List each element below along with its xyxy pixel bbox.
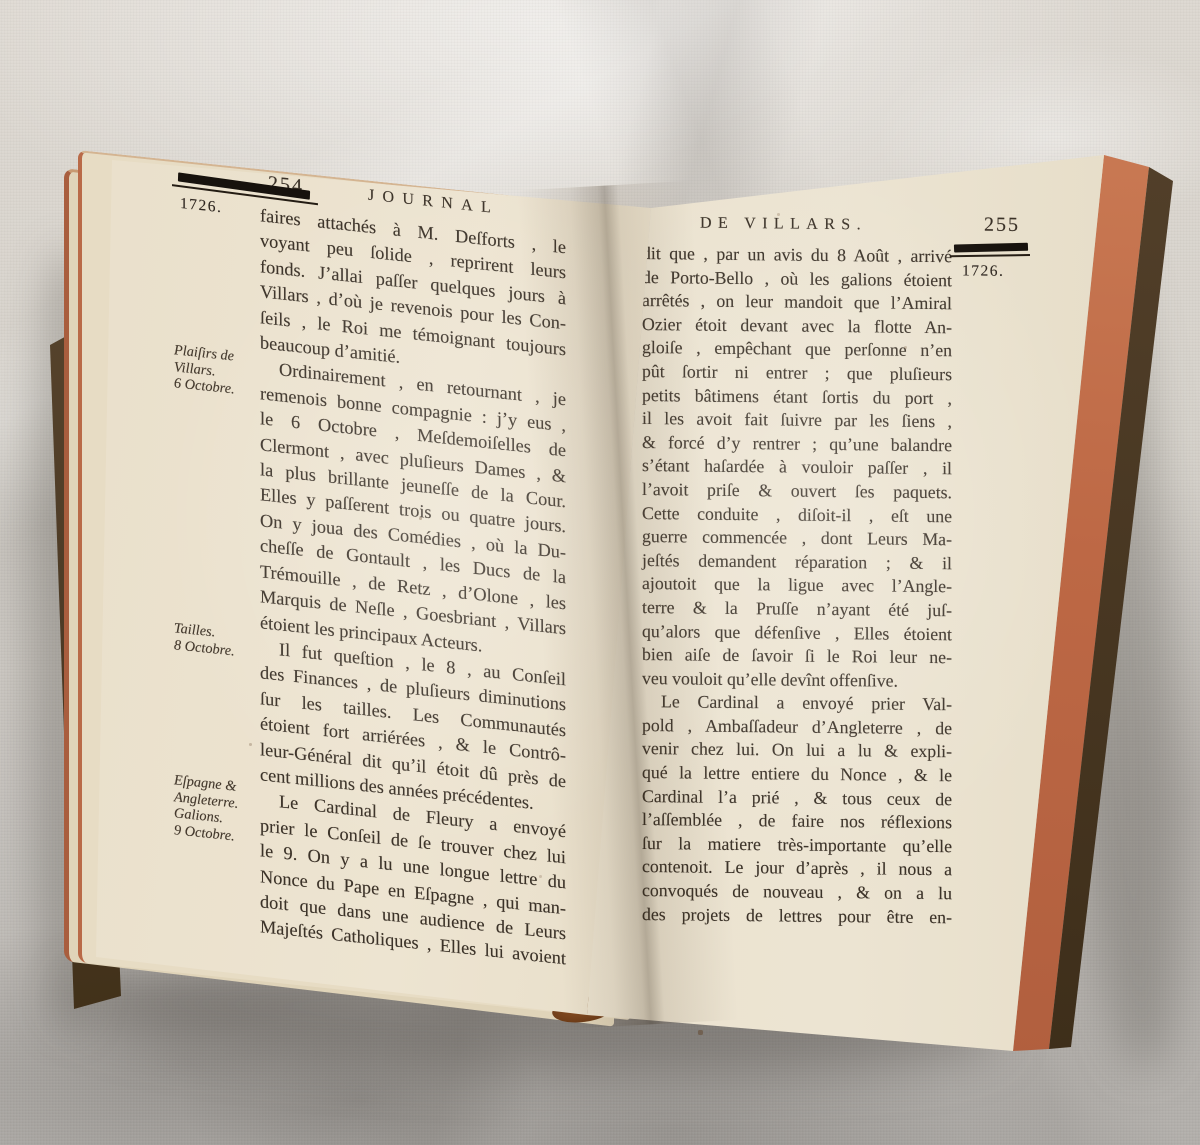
text-line: leur-Général dit qu’il étoit dû près de: [260, 737, 566, 795]
text-line: doit que dans une audience de Leurs: [260, 889, 566, 947]
right-margin-column: 1726.: [952, 245, 1020, 930]
text-line: Ordinairement , en retournant , je: [260, 356, 566, 414]
text-line: la plus brillante jeuneſſe de la Cour.: [260, 457, 566, 515]
margin-note: Tailles.8 Octobre.: [174, 620, 260, 662]
text-line: Elles y paſſerent trois ou quatre jours.: [260, 483, 566, 541]
text-line: Le Cardinal de Fleury a envoyé: [260, 788, 566, 846]
margin-year: 1726.: [962, 262, 1020, 281]
text-line: On y joua des Comédies , où la Du-: [260, 508, 566, 566]
text-line: Majeſtés Catholiques , Elles lui avoient: [260, 915, 566, 973]
left-page-content: 254 JOURNAL 1726. Plaiſirs deVillars.6 O…: [172, 162, 572, 973]
text-line: Il fut queſtion , le 8 , au Conſeil: [260, 635, 566, 693]
left-margin-column: Plaiſirs deVillars.6 Octobre.Tailles.8 O…: [172, 194, 260, 940]
text-line: Clermont , avec pluſieurs Dames , &: [260, 432, 566, 490]
ink-bar-mark: [178, 172, 310, 199]
text-line: Nonce du Pape en Eſpagne , qui man-: [260, 864, 566, 922]
ink-rule-mark: [950, 254, 1030, 257]
text-line: étoient les principaux Acteurs.: [260, 610, 566, 668]
ink-rule-mark: [172, 184, 318, 205]
text-line: cent millions des années précédentes.: [260, 762, 566, 820]
text-line: beaucoup d’amitié.: [260, 330, 566, 388]
text-line: prier le Conſeil de ſe trouver chez lui: [260, 813, 566, 871]
margin-year: 1726.: [180, 195, 328, 229]
text-line: des Finances , de pluſieurs diminutions: [260, 661, 566, 719]
left-text-block: faires attachés à M. Deſforts , levoyant…: [260, 203, 566, 972]
text-line: cheſſe de Gontault , les Ducs de la: [260, 534, 566, 592]
margin-year-block: 1726.: [954, 243, 1020, 281]
text-line: ſur les tailles. Les Communautés: [260, 686, 566, 744]
text-line: le 6 Octobre , Meſdemoiſelles de: [260, 406, 566, 464]
text-line: Villars , d’où je revenois pour les Con-: [260, 279, 566, 337]
foxing-specks: [0, 0, 1, 1]
margin-note: Plaiſirs deVillars.6 Octobre.: [174, 342, 260, 401]
text-line: ſeils , le Roi me témoignant toujours: [260, 305, 566, 363]
margin-year-block: 1726.: [178, 175, 328, 229]
text-line: remenois bonne compagnie : j’y eus ,: [260, 381, 566, 439]
text-line: le 9. On y a lu une longue lettre du: [260, 838, 566, 896]
right-running-header: DE VILLARS. 255: [642, 210, 1024, 242]
book-photo-scene: 254 JOURNAL 1726. Plaiſirs deVillars.6 O…: [0, 0, 1200, 1145]
page-number: 255: [984, 214, 1020, 237]
running-title: DE VILLARS.: [700, 215, 867, 235]
text-line: étoient fort arriérées , & le Contrô-: [260, 711, 566, 769]
margin-note: Eſpagne &Angleterre.Galions.9 Octobre.: [174, 772, 260, 847]
text-line: Trémouille , de Retz , d’Olone , les: [260, 559, 566, 617]
text-line: Marquis de Neſle , Goesbriant , Villars: [260, 584, 566, 642]
ink-bar-mark: [954, 243, 1028, 253]
left-page-body: Plaiſirs deVillars.6 Octobre.Tailles.8 O…: [172, 194, 572, 973]
